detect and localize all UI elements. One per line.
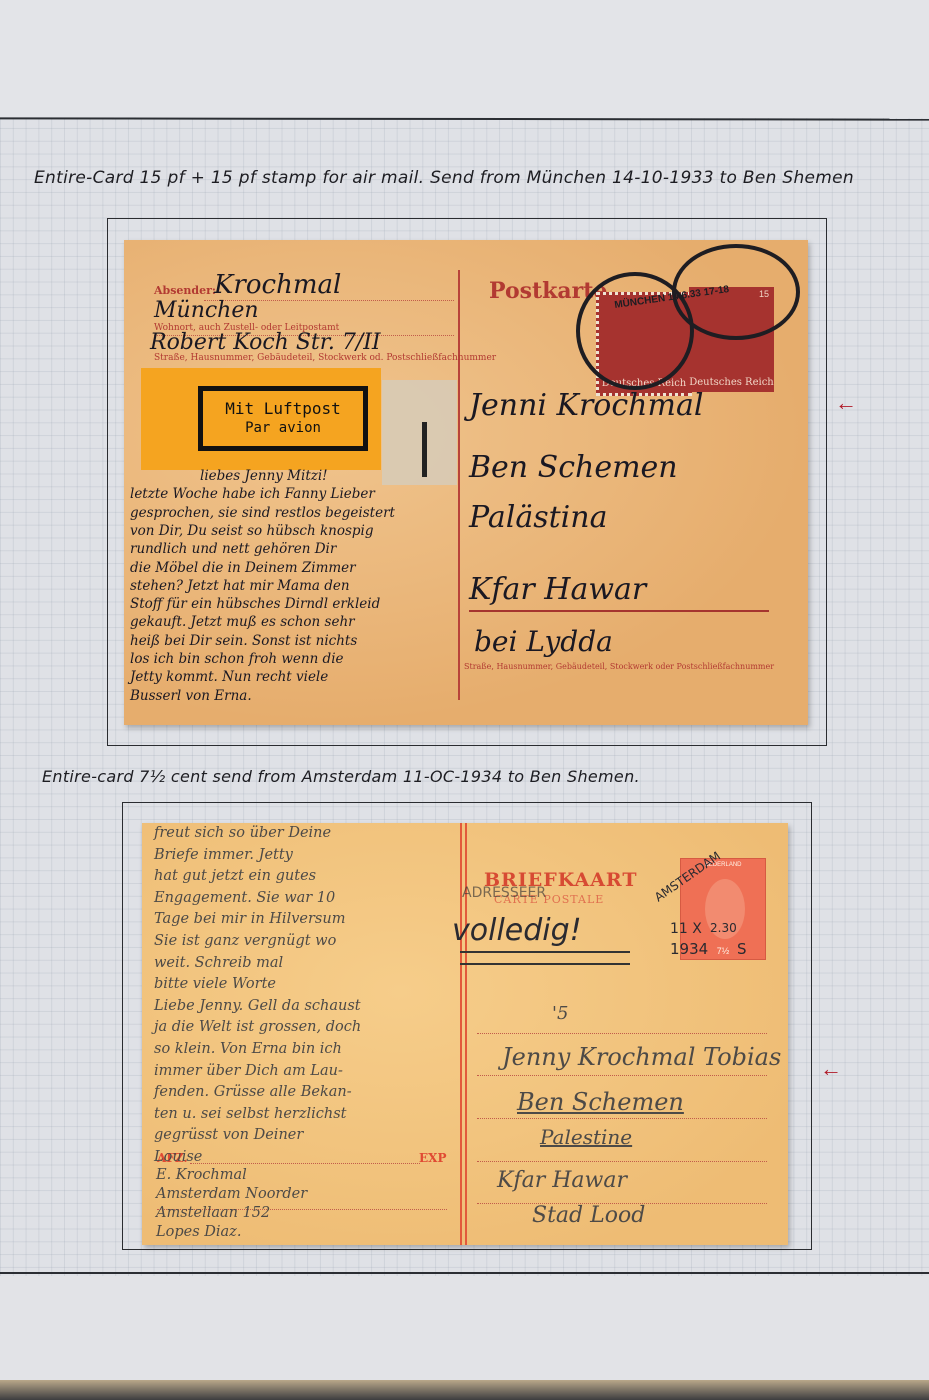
postmark-time: 2.30 [710, 921, 737, 935]
message-line: gegrüsst von Deiner [154, 1127, 303, 1143]
sender-name: Krochmal [214, 270, 341, 300]
message-line: los ich bin schon froh wenn die [130, 651, 344, 667]
sender-label: Absender: [154, 284, 216, 297]
airmail-label: Mit Luftpost Par avion [141, 368, 381, 470]
recipient-line-5: bei Lydda [474, 625, 613, 658]
paper-remnant [382, 380, 457, 485]
message-line: gesprochen, sie sind restlos begeistert [130, 505, 395, 521]
machine-slogan-upper: ADRESSEER [462, 885, 546, 901]
postcard-netherlands: BRIEFKAART CARTE POSTALE NEDERLAND 7½ vo… [142, 823, 788, 1245]
message-line: liebes Jenny Mitzi! [200, 468, 328, 484]
red-underline [469, 610, 769, 612]
recipient-line-5: Stad Lood [532, 1203, 645, 1228]
album-page: Entire-Card 15 pf + 15 pf stamp for air … [0, 0, 929, 1390]
top-rule-line [0, 117, 929, 120]
message-line: Busserl von Erna. [130, 688, 252, 704]
message-line: Tage bei mir in Hilversum [154, 911, 345, 927]
message-line: Amstellaan 152 [156, 1205, 270, 1221]
message-line: weit. Schreib mal [154, 955, 283, 971]
recipient-line-2: Ben Schemen [469, 450, 678, 485]
recipient-line-2: Ben Schemen [517, 1088, 684, 1116]
page-footer-margin [0, 1276, 929, 1388]
address-footer-label: Straße, Hausnummer, Gebäudeteil, Stockwe… [464, 662, 774, 671]
dotted-line [477, 1118, 767, 1119]
recipient-line-3: Palestine [540, 1125, 632, 1149]
message-line: Jetty kommt. Nun recht viele [130, 669, 328, 685]
message-line: von Dir, Du seist so hübsch knospig [130, 523, 374, 539]
caption-top: Entire-Card 15 pf + 15 pf stamp for air … [34, 168, 854, 188]
bottom-rule-line [0, 1272, 929, 1274]
stamp-imprinted-text: Deutsches Reich [689, 377, 774, 388]
message-line: Lopes Diaz. [156, 1224, 241, 1240]
recipient-line-4: Kfar Hawar [497, 1168, 627, 1193]
message-line: heiß bei Dir sein. Sonst ist nichts [130, 633, 357, 649]
message-line: so klein. Von Erna bin ich [154, 1041, 342, 1057]
bracket-mark [422, 422, 427, 477]
sender-street: Robert Koch Str. 7/II [150, 330, 381, 355]
recipient-line-3: Palästina [469, 500, 607, 535]
message-line: ja die Welt ist grossen, doch [154, 1019, 361, 1035]
postmark-suffix: S [737, 940, 747, 958]
number-note: '5 [552, 1003, 568, 1024]
message-line: E. Krochmal [156, 1167, 247, 1183]
message-line: rundlich und nett gehören Dir [130, 541, 336, 557]
recipient-line-1: Jenni Krochmal [469, 388, 703, 423]
airmail-text-french: Par avion [203, 420, 363, 436]
arrow-indicator: ← [835, 390, 857, 416]
airmail-text-german: Mit Luftpost [203, 399, 363, 418]
message-line: hat gut jetzt ein gutes [154, 868, 316, 884]
machine-wavy-lines [460, 951, 630, 965]
recipient-line-4: Kfar Hawar [469, 572, 646, 607]
postmark-year: 1934 [670, 940, 708, 958]
page-header-margin [0, 0, 929, 118]
message-line: Briefe immer. Jetty [154, 847, 293, 863]
message-line: stehen? Jetzt hat mir Mama den [130, 578, 350, 594]
postmark-date: 11 X [670, 921, 702, 937]
dotted-line [477, 1161, 767, 1162]
message-line: Amsterdam Noorder [156, 1186, 307, 1202]
machine-slogan: volledig! [452, 913, 582, 948]
airmail-label-box: Mit Luftpost Par avion [198, 386, 368, 451]
sender-street-label: Straße, Hausnummer, Gebäudeteil, Stockwe… [154, 353, 496, 363]
caption-bottom: Entire-card 7½ cent send from Amsterdam … [42, 767, 640, 786]
message-line: letzte Woche habe ich Fanny Lieber [130, 486, 375, 502]
dotted-line [477, 1033, 767, 1034]
page-edge [0, 1380, 929, 1400]
message-line: Engagement. Sie war 10 [154, 890, 335, 906]
message-line: Sie ist ganz vergnügt wo [154, 933, 336, 949]
message-line: ten u. sei selbst herzlichst [154, 1106, 347, 1122]
arrow-indicator: ← [820, 1056, 842, 1082]
message-line: immer über Dich am Lau- [154, 1063, 343, 1079]
message-line: bitte viele Worte [154, 976, 276, 992]
dotted-line [477, 1075, 767, 1076]
message-line: Stoff für ein hübsches Dirndl erkleid [130, 596, 380, 612]
message-line: freut sich so über Deine [154, 825, 331, 841]
message-line: fenden. Grüsse alle Bekan- [154, 1084, 352, 1100]
dotted-line [190, 1163, 420, 1164]
recipient-line-1: Jenny Krochmal Tobias [502, 1043, 781, 1071]
postcard-germany: Absender: Krochmal München Wohnort, auch… [124, 240, 808, 725]
exp-label: EXP [419, 1151, 446, 1165]
message-line: die Möbel die in Deinem Zimmer [130, 560, 356, 576]
card-divider [458, 270, 460, 700]
message-line: Louise [154, 1149, 202, 1165]
sender-city: München [154, 298, 259, 323]
message-line: Liebe Jenny. Gell da schaust [154, 998, 361, 1014]
message-line: gekauft. Jetzt muß es schon sehr [130, 614, 355, 630]
